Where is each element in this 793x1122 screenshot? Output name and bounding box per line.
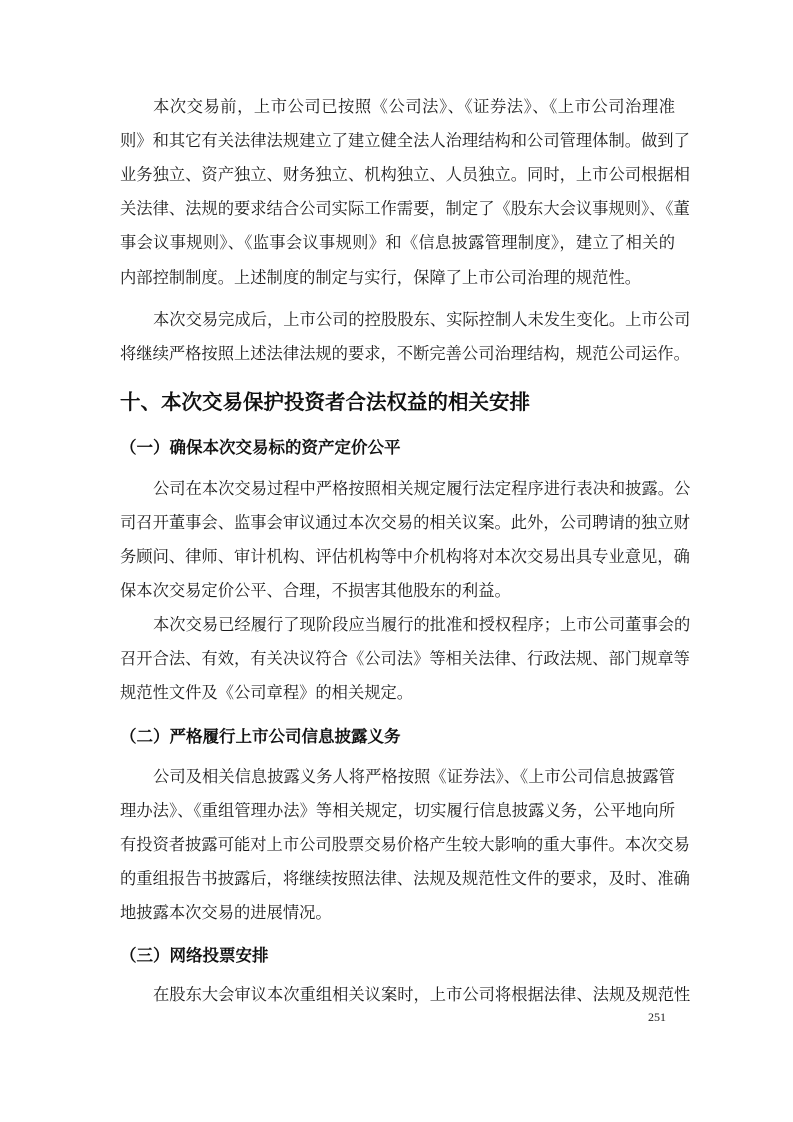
document-page: 本次交易前，上市公司已按照《公司法》、《证券法》、《上市公司治理准 则》和其它有…	[0, 0, 793, 1122]
text-line: 本次交易完成后，上市公司的控股股东、实际控制人未发生变化。上市公司	[153, 310, 675, 330]
text-line: 业务独立、资产独立、财务独立、机构独立、人员独立。同时，上市公司根据相	[120, 165, 675, 185]
text-line: 司召开董事会、监事会审议通过本次交易的相关议案。此外，公司聘请的独立财	[120, 513, 675, 533]
text-line: 理办法》、《重组管理办法》等相关规定，切实履行信息披露义务，公平地向所	[120, 801, 675, 821]
text-line: 规范性文件及《公司章程》的相关规定。	[120, 683, 675, 703]
subsection-heading-3: （三）网络投票安排	[120, 945, 269, 967]
subsection-heading-2: （二）严格履行上市公司信息披露义务	[120, 726, 401, 748]
text-line: 的重组报告书披露后，将继续按照法律、法规及规范性文件的要求，及时、准确	[120, 869, 675, 889]
text-line: 则》和其它有关法律法规建立了建立健全法人治理结构和公司管理体制。做到了	[120, 131, 675, 151]
text-line: 本次交易前，上市公司已按照《公司法》、《证券法》、《上市公司治理准	[153, 97, 675, 117]
section-heading: 十、本次交易保护投资者合法权益的相关安排	[120, 389, 530, 415]
text-line: 务顾问、律师、审计机构、评估机构等中介机构将对本次交易出具专业意见，确	[120, 547, 675, 567]
text-line: 召开合法、有效，有关决议符合《公司法》等相关法律、行政法规、部门规章等	[120, 649, 675, 669]
text-line: 有投资者披露可能对上市公司股票交易价格产生较大影响的重大事件。本次交易	[120, 835, 675, 855]
text-line: 将继续严格按照上述法律法规的要求，不断完善公司治理结构，规范公司运作。	[120, 344, 675, 364]
text-line: 地披露本次交易的进展情况。	[120, 903, 675, 923]
text-line: 内部控制制度。上述制度的制定与实行，保障了上市公司治理的规范性。	[120, 268, 675, 288]
page-number: 251	[648, 1010, 666, 1024]
subsection-heading-1: （一）确保本次交易标的资产定价公平	[120, 437, 401, 459]
text-line: 公司在本次交易过程中严格按照相关规定履行法定程序进行表决和披露。公	[153, 479, 675, 499]
text-line: 保本次交易定价公平、合理，不损害其他股东的利益。	[120, 581, 675, 601]
text-line: 公司及相关信息披露义务人将严格按照《证券法》、《上市公司信息披露管	[153, 767, 675, 787]
text-line: 在股东大会审议本次重组相关议案时，上市公司将根据法律、法规及规范性	[153, 985, 675, 1005]
text-line: 事会议事规则》、《监事会议事规则》和《信息披露管理制度》，建立了相关的	[120, 233, 675, 253]
text-line: 关法律、法规的要求结合公司实际工作需要，制定了《股东大会议事规则》、《董	[120, 199, 675, 219]
text-line: 本次交易已经履行了现阶段应当履行的批准和授权程序；上市公司董事会的	[153, 615, 675, 635]
